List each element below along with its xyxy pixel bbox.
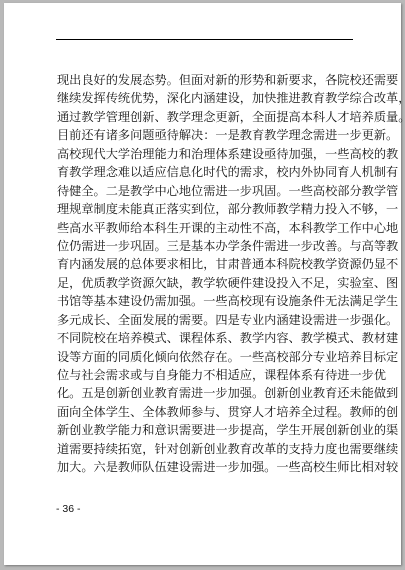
text-line: 育内涵发展的总体要求相比，甘肃普通本科院校教学资源仍显不 — [57, 255, 353, 273]
page-number: - 36 - — [56, 503, 81, 515]
text-line: 多元成长、全面发展的需要。四是专业内涵建设需进一步强化。 — [57, 311, 353, 329]
body-text: 现出良好的发展态势。但面对新的形势和新要求，各院校还需要 继续发挥传统优势，深化… — [57, 71, 353, 477]
text-line: 通过教学管理创新、教学理念更新，全面提高本科人才培养质量。 — [57, 108, 353, 126]
text-line: 加大。六是教师队伍建设需进一步加强。一些高校生师比相对较 — [57, 458, 353, 476]
text-line: 些高水平教师给本科生开课的主动性不高，本科教学工作中心地 — [57, 219, 353, 237]
text-line: 高校现代大学治理能力和治理体系建设亟待加强，一些高校的教 — [57, 145, 353, 163]
text-line: 继续发挥传统优势，深化内涵建设，加快推进教育教学综合改革， — [57, 89, 353, 107]
text-line: 书馆等基本建设仍需加强。一些高校现有设施条件无法满足学生 — [57, 292, 353, 310]
text-line: 待健全。二是教学中心地位需进一步巩固。一些高校部分教学管 — [57, 182, 353, 200]
document-viewer: 现出良好的发展态势。但面对新的形势和新要求，各院校还需要 继续发挥传统优势，深化… — [0, 0, 405, 570]
text-line: 现出良好的发展态势。但面对新的形势和新要求，各院校还需要 — [57, 71, 353, 89]
document-page: 现出良好的发展态势。但面对新的形势和新要求，各院校还需要 继续发挥传统优势，深化… — [4, 3, 401, 565]
text-line: 位与社会需求或与自身能力不相适应，课程体系有待进一步优 — [57, 366, 353, 384]
text-line: 化。五是创新创业教育需进一步加强。创新创业教育还未能做到 — [57, 384, 353, 402]
text-line: 目前还有诸多问题亟待解决：一是教育教学理念需进一步更新。 — [57, 126, 353, 144]
text-line: 不同院校在培养模式、课程体系、教学内容、教学模式、教材建 — [57, 329, 353, 347]
text-line: 育教学理念难以适应信息化时代的需求，校内外协同育人机制有 — [57, 163, 353, 181]
text-line: 新创业教学能力和意识需要进一步提高，学生开展创新创业的渠 — [57, 421, 353, 439]
text-line: 足，优质教学资源欠缺，教学软硬件建设投入不足，实验室、图 — [57, 274, 353, 292]
text-line: 面向全体学生、全体教师参与、贯穿人才培养全过程。教师的创 — [57, 403, 353, 421]
text-line: 设等方面的同质化倾向依然存在。一些高校部分专业培养目标定 — [57, 348, 353, 366]
text-line: 理规章制度未能真正落实到位，部分教师教学精力投入不够，一 — [57, 200, 353, 218]
header-rule — [56, 39, 353, 40]
text-line: 位仍需进一步巩固。三是基本办学条件需进一步改善。与高等教 — [57, 237, 353, 255]
text-line: 道需要持续拓宽，针对创新创业教育改革的支持力度也需要继续 — [57, 440, 353, 458]
